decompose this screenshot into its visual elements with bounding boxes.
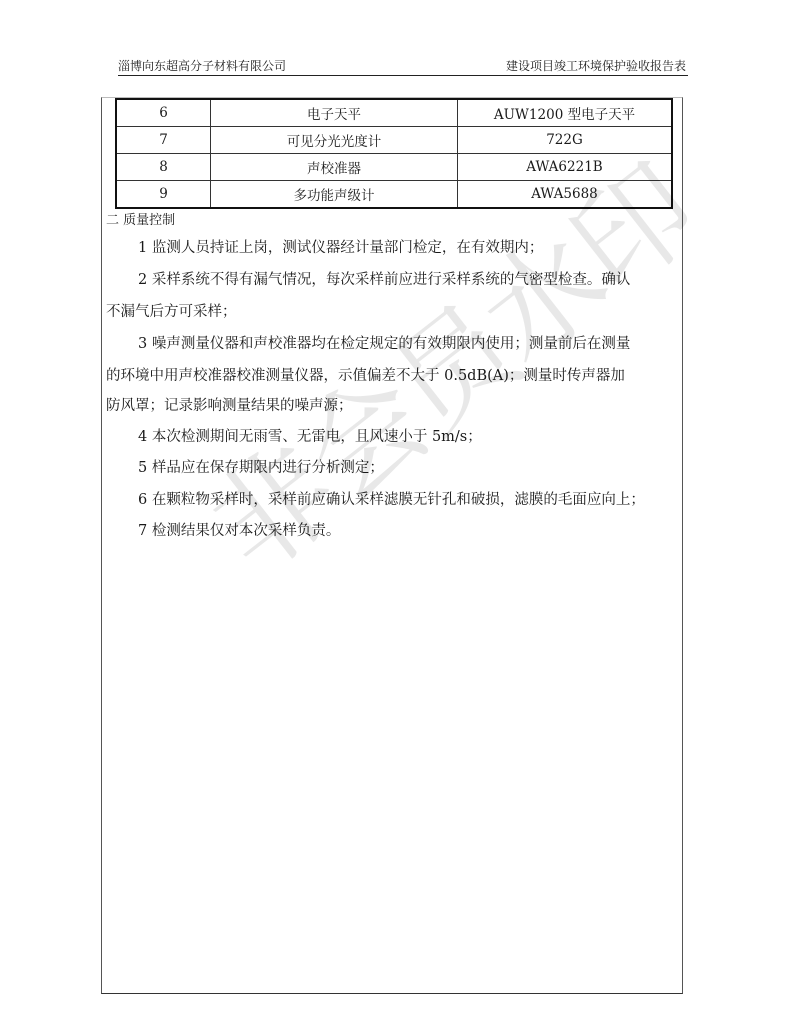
header-divider bbox=[118, 75, 688, 76]
row-number: 8 bbox=[116, 154, 211, 181]
row-number: 9 bbox=[116, 181, 211, 209]
company-name: 淄博向东超高分子材料有限公司 bbox=[118, 57, 286, 74]
qc-item-2-cont: 不漏气后方可采样； bbox=[106, 300, 237, 321]
page-header: 淄博向东超高分子材料有限公司 建设项目竣工环境保护验收报告表 bbox=[118, 55, 686, 75]
row-number: 7 bbox=[116, 127, 211, 154]
row-number: 6 bbox=[116, 99, 211, 127]
equipment-name: 多功能声级计 bbox=[211, 181, 458, 209]
equipment-name: 可见分光光度计 bbox=[211, 127, 458, 154]
report-title: 建设项目竣工环境保护验收报告表 bbox=[506, 57, 686, 74]
table-row: 6 电子天平 AUW1200 型电子天平 bbox=[116, 99, 672, 127]
section-title-quality-control: 二 质量控制 bbox=[106, 209, 175, 228]
equipment-name: 电子天平 bbox=[211, 99, 458, 127]
equipment-name: 声校准器 bbox=[211, 154, 458, 181]
equipment-model: AUW1200 型电子天平 bbox=[458, 99, 673, 127]
